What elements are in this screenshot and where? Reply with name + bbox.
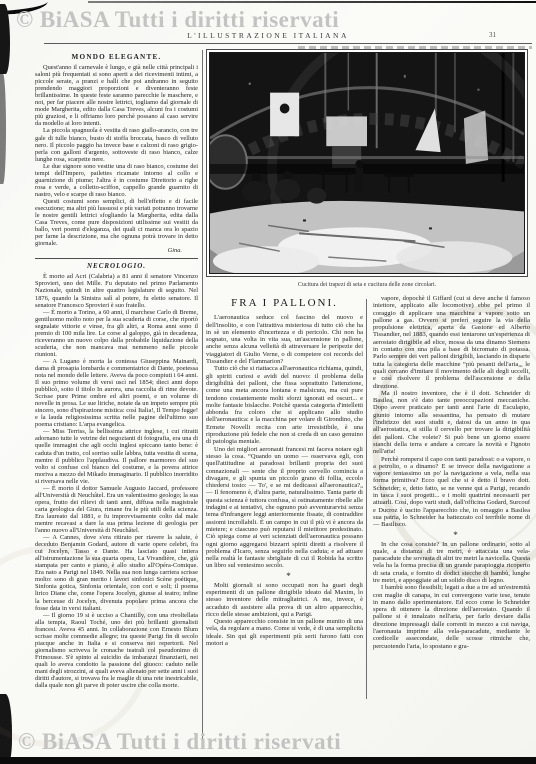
signature: Gina. [35, 247, 198, 254]
paragraph: — È morto a Torino, a 60 anni, il marche… [35, 309, 198, 358]
scan-edge-line [88, 1, 536, 3]
ink-smudge [0, 4, 10, 74]
article-col1-top: L'aeronautica seduce col fascino del nuo… [206, 314, 363, 569]
mondo-elegante-text: Quest'anno il carnevale è lungo, e già n… [35, 64, 198, 247]
article-title: FRA I PALLONI. [206, 300, 363, 307]
left-column: MONDO ELEGANTE. Quest'anno il carnevale … [35, 54, 198, 696]
paragraph: — A Lugano è morta la contessa Giuseppin… [35, 358, 198, 428]
paragraph: Molti giornali si sono occupati non ha g… [206, 582, 363, 618]
engraving-figure [206, 49, 528, 277]
paragraph: La piccola spagnuola è vestita di raso g… [35, 127, 198, 162]
article-fra-i-palloni: FRA I PALLONI. L'aeronautica seduce col … [206, 295, 530, 701]
paragraph: — È morto il dottor Samuele Augusto Jacc… [35, 485, 198, 534]
article-col2-top: vapore, dopochè il Giffard (cui si deve … [373, 295, 530, 529]
watermark-top: © BiASA Tutti i diritti riservati [16, 7, 339, 33]
necrologio-text: È morto ad Acri (Calabria) a 81 anni il … [35, 273, 198, 689]
paragraph: Questo apparecchio consiste in un pallon… [206, 618, 363, 647]
section-heading-mondo-elegante: MONDO ELEGANTE. [35, 54, 198, 61]
asterisk-separator: * [206, 570, 363, 582]
section-heading-necrologio: NECROLOGIO. [35, 263, 198, 270]
paragraph: — Il giorno 19 si è ucciso a Chantilly, … [35, 612, 198, 690]
ink-smudge [0, 694, 12, 764]
column-rule-left [202, 50, 203, 740]
ink-smudge [0, 74, 6, 184]
watermark-bottom: © BiASA Tutti i diritti riservati [18, 729, 341, 755]
journal-title: L'ILLUSTRAZIONE ITALIANA [30, 31, 506, 40]
article-col2-bottom: In che cosa consiste? In un pallone ordi… [373, 541, 530, 650]
header-rule [44, 43, 532, 44]
asterisk-separator: * [373, 529, 530, 541]
magazine-page: © BiASA Tutti i diritti riservati L'ILLU… [0, 0, 536, 764]
scan-bottom-bar [0, 757, 536, 764]
paragraph: — Miss Terriss, la bellissima attrice in… [35, 428, 198, 484]
page-number: 31 [489, 31, 496, 39]
paragraph: Tutto ciò che si riattacca all'aeronauti… [206, 365, 363, 445]
paragraph: È morto ad Acri (Calabria) a 81 anni il … [35, 273, 198, 308]
paragraph: — A Cannes, dove s'era ritirato per riav… [35, 534, 198, 612]
paragraph: L'aeronautica seduce col fascino del nuo… [206, 314, 363, 365]
paragraph: Uno dei migliori aeronauti francesi mi f… [206, 446, 363, 570]
paragraph: Le due signore sono vestite una di raso … [35, 163, 198, 198]
paragraph: Quest'anno il carnevale è lungo, e già n… [35, 64, 198, 127]
figure-caption: Cucitura dei trapezi di seta e cucitura … [206, 282, 528, 288]
paragraph: vapore, dopochè il Giffard (cui si deve … [373, 295, 530, 390]
paragraph: Perchè rompersi il capo con tanti parado… [373, 456, 530, 529]
engraving-image [209, 52, 525, 274]
article-column-1: FRA I PALLONI. L'aeronautica seduce col … [206, 295, 363, 701]
paragraph: I bambù sono flessibili; legati a due a … [373, 584, 530, 650]
paragraph: Questi costumi sono semplici, di bell'ef… [35, 198, 198, 247]
paragraph: Ma il nostro inventore, che è il dott. S… [373, 390, 530, 456]
section-divider [35, 258, 198, 259]
article-column-2: vapore, dopochè il Giffard (cui si deve … [373, 295, 530, 701]
article-col1-bottom: Molti giornali si sono occupati non ha g… [206, 582, 363, 648]
paragraph: In che cosa consiste? In un pallone ordi… [373, 541, 530, 585]
